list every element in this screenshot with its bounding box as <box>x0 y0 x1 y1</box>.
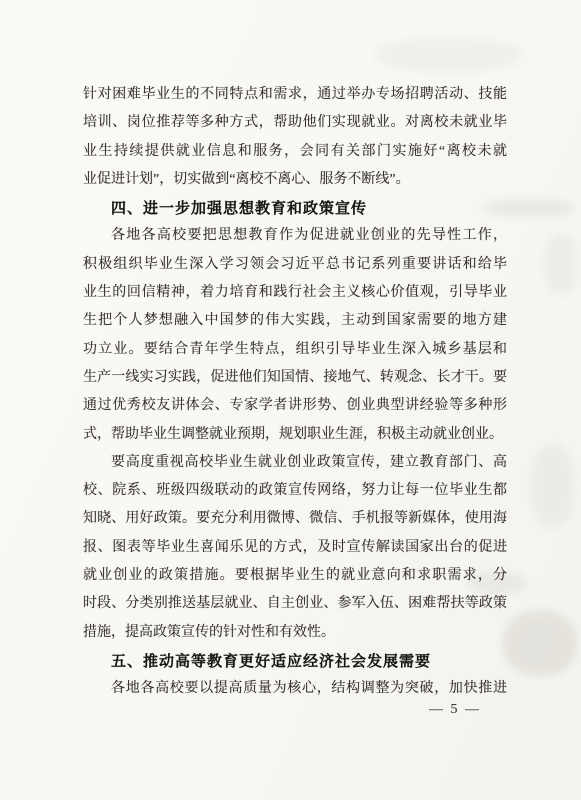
bleed-through-mark <box>530 443 576 528</box>
body-text-line: 业促进计划”，切实做到“离校不离心、服务不断线”。 <box>83 166 507 194</box>
scanned-document-page: 针对困难毕业生的不同特点和需求，通过举办专场招聘活动、技能培训、岗位推荐等多种方… <box>0 0 581 800</box>
body-text-line: 要高度重视高校毕业生就业创业政策宣传，建立教育部门、高 <box>83 449 507 477</box>
body-text-line: 时段、分类别推送基层就业、自主创业、参军入伍、困难帮扶等政策 <box>83 590 507 618</box>
body-text-line: 通过优秀校友讲体会、专家学者讲形势、创业典型讲经验等多种形 <box>83 392 507 420</box>
text-block: 针对困难毕业生的不同特点和需求，通过举办专场招聘活动、技能培训、岗位推荐等多种方… <box>83 81 507 704</box>
body-text-line: 针对困难毕业生的不同特点和需求，通过举办专场招聘活动、技能 <box>83 81 507 109</box>
bleed-through-mark <box>503 610 577 676</box>
body-text-line: 生产一线实习实践，促进他们知国情、接地气、转观念、长才干。要 <box>83 364 507 392</box>
section-heading: 四、进一步加强思想教育和政策宣传 <box>83 194 507 222</box>
body-text-line: 各地各高校要以提高质量为核心，结构调整为突破，加快推进 <box>83 675 507 703</box>
body-text-line: 各地各高校要把思想教育作为促进就业创业的先导性工作， <box>83 222 507 250</box>
body-text-line: 措施，提高政策宣传的针对性和有效性。 <box>83 619 507 647</box>
body-text-line: 就业创业的政策措施。要根据毕业生的就业意向和求职需求，分 <box>83 562 507 590</box>
body-text-line: 校、院系、班级四级联动的政策宣传网络，努力让每一位毕业生都 <box>83 477 507 505</box>
section-heading: 五、推动高等教育更好适应经济社会发展需要 <box>83 647 507 675</box>
body-text-line: 式，帮助毕业生调整就业预期，规划职业生涯，积极主动就业创业。 <box>83 421 507 449</box>
body-text-line: 业生持续提供就业信息和服务，会同有关部门实施好“离校未就 <box>83 138 507 166</box>
bleed-through-mark <box>375 38 520 72</box>
body-text-line: 功立业。要结合青年学生特点，组织引导毕业生深入城乡基层和 <box>83 336 507 364</box>
body-text-line: 业生的回信精神，着力培育和践行社会主义核心价值观，引导毕业 <box>83 279 507 307</box>
page-number: — 5 — <box>429 701 481 719</box>
body-text-line: 知晓、用好政策。要充分利用微博、微信、手机报等新媒体，使用海 <box>83 505 507 533</box>
bleed-through-mark <box>544 233 578 295</box>
body-text-line: 报、图表等毕业生喜闻乐见的方式，及时宣传解读国家出台的促进 <box>83 534 507 562</box>
body-text-line: 生把个人梦想融入中国梦的伟大实践，主动到国家需要的地方建 <box>83 307 507 335</box>
body-text-line: 培训、岗位推荐等多种方式，帮助他们实现就业。对离校未就业毕 <box>83 109 507 137</box>
body-text-line: 积极组织毕业生深入学习领会习近平总书记系列重要讲话和给毕 <box>83 251 507 279</box>
